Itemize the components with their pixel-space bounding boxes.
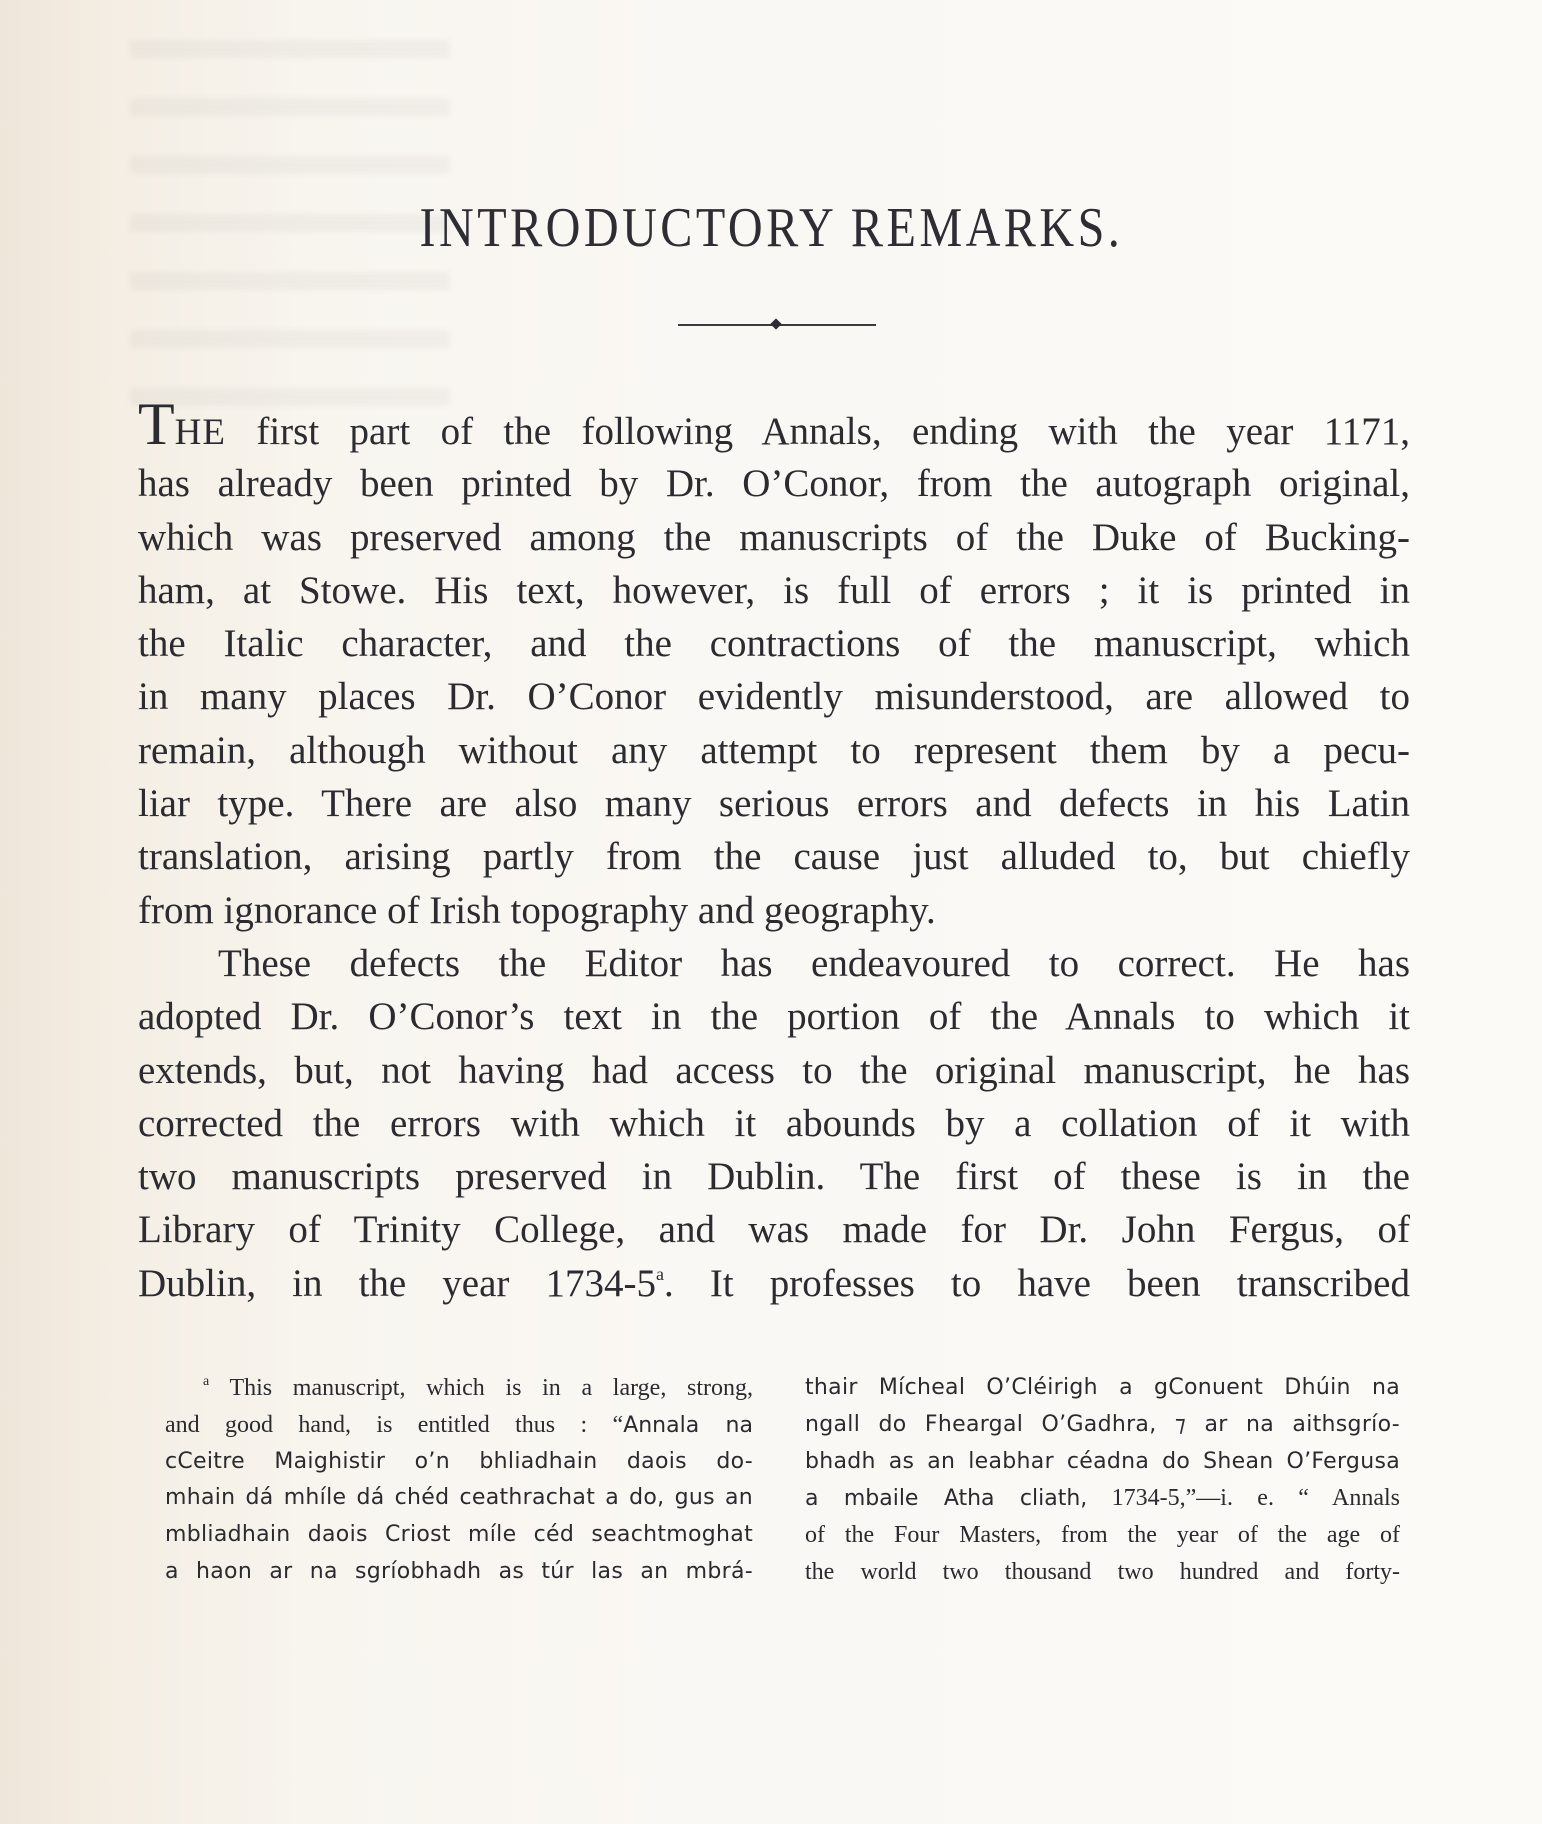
paragraph-1-line: remain, although without any attempt to … xyxy=(138,724,1410,777)
paragraph-2-line: Dublin, in the year 1734-5a. It professe… xyxy=(138,1257,1410,1310)
footnote-irish-line: bhadh as an leabhar céadna do Shean O’Fe… xyxy=(805,1444,1400,1481)
irish-text: a mbaile Atha cliath, xyxy=(805,1486,1087,1511)
line-text: and good hand, is entitled thus : “ xyxy=(165,1412,623,1438)
paragraph-2-line: extends, but, not having had access to t… xyxy=(138,1044,1410,1097)
footnotes: a This manuscript, which is in a large, … xyxy=(165,1370,1400,1591)
ornamental-divider xyxy=(678,319,876,331)
paragraph-1-line: from ignorance of Irish topography and g… xyxy=(138,884,1410,937)
paragraph-1-line: translation, arising partly from the cau… xyxy=(138,830,1410,883)
footnote-line: and good hand, is entitled thus : “Annal… xyxy=(165,1407,753,1444)
line-text: . It professes to have been transcribed xyxy=(664,1262,1410,1305)
paragraph-1-line: THE first part of the following Annals, … xyxy=(138,404,1410,457)
footnote-column-right: thair Mícheal O’Cléirigh a gConuent Dhúi… xyxy=(805,1370,1400,1591)
footnote-marker: a xyxy=(203,1374,209,1389)
paragraph-1-line: liar type. There are also many serious e… xyxy=(138,777,1410,830)
irish-text: Annala na xyxy=(623,1413,753,1438)
line-text: first part of the following Annals, endi… xyxy=(226,410,1410,453)
footnote-line: a This manuscript, which is in a large, … xyxy=(165,1370,753,1407)
footnote-irish-line: a haon ar na sgríobhadh as túr las an mb… xyxy=(165,1554,753,1591)
footnote-irish-line: cCeitre Maighistir o’n bhliadhain daois … xyxy=(165,1444,753,1481)
drop-cap: T xyxy=(138,391,175,457)
footnote-irish-line: mhain dá mhíle dá chéd ceathrachat a do,… xyxy=(165,1480,753,1517)
paragraph-1-line: has already been printed by Dr. O’Conor,… xyxy=(138,457,1410,510)
footnote-line: the world two thousand two hundred and f… xyxy=(805,1554,1400,1591)
paragraph-1-line: ham, at Stowe. His text, however, is ful… xyxy=(138,564,1410,617)
paragraph-1-line: which was preserved among the manuscript… xyxy=(138,511,1410,564)
paragraph-2-line: corrected the errors with which it aboun… xyxy=(138,1097,1410,1150)
footnote-line: of the Four Masters, from the year of th… xyxy=(805,1517,1400,1554)
footnote-irish-line: mbliadhain daois Criost míle céd seachtm… xyxy=(165,1517,753,1554)
footnote-irish-line: ngall do Fheargal O’Gadhra, ⁊ ar na aith… xyxy=(805,1407,1400,1444)
line-text: Dublin, in the year 1734-5 xyxy=(138,1262,656,1305)
footnote-column-left: a This manuscript, which is in a large, … xyxy=(165,1370,753,1591)
page-title: INTRODUCTORY REMARKS. xyxy=(108,196,1434,260)
line-text: 1734-5,”—i. e. “ Annals xyxy=(1087,1485,1400,1511)
footnote-irish-line: thair Mícheal O’Cléirigh a gConuent Dhúi… xyxy=(805,1370,1400,1407)
line-text: This manuscript, which is in a large, st… xyxy=(229,1375,753,1401)
body-text: THE first part of the following Annals, … xyxy=(138,404,1410,1310)
small-caps-opening: HE xyxy=(175,412,226,453)
paragraph-1-line: in many places Dr. O’Conor evidently mis… xyxy=(138,670,1410,723)
paragraph-1-line: the Italic character, and the contractio… xyxy=(138,617,1410,670)
footnote-line: a mbaile Atha cliath, 1734-5,”—i. e. “ A… xyxy=(805,1480,1400,1517)
paragraph-2-line: two manuscripts preserved in Dublin. The… xyxy=(138,1150,1410,1203)
diamond-ornament-icon xyxy=(770,318,781,329)
paragraph-2-line: These defects the Editor has endeavoured… xyxy=(138,937,1410,990)
footnote-reference-link[interactable]: a xyxy=(656,1264,664,1284)
paragraph-2-line: adopted Dr. O’Conor’s text in the portio… xyxy=(138,990,1410,1043)
paragraph-2-line: Library of Trinity College, and was made… xyxy=(138,1203,1410,1256)
